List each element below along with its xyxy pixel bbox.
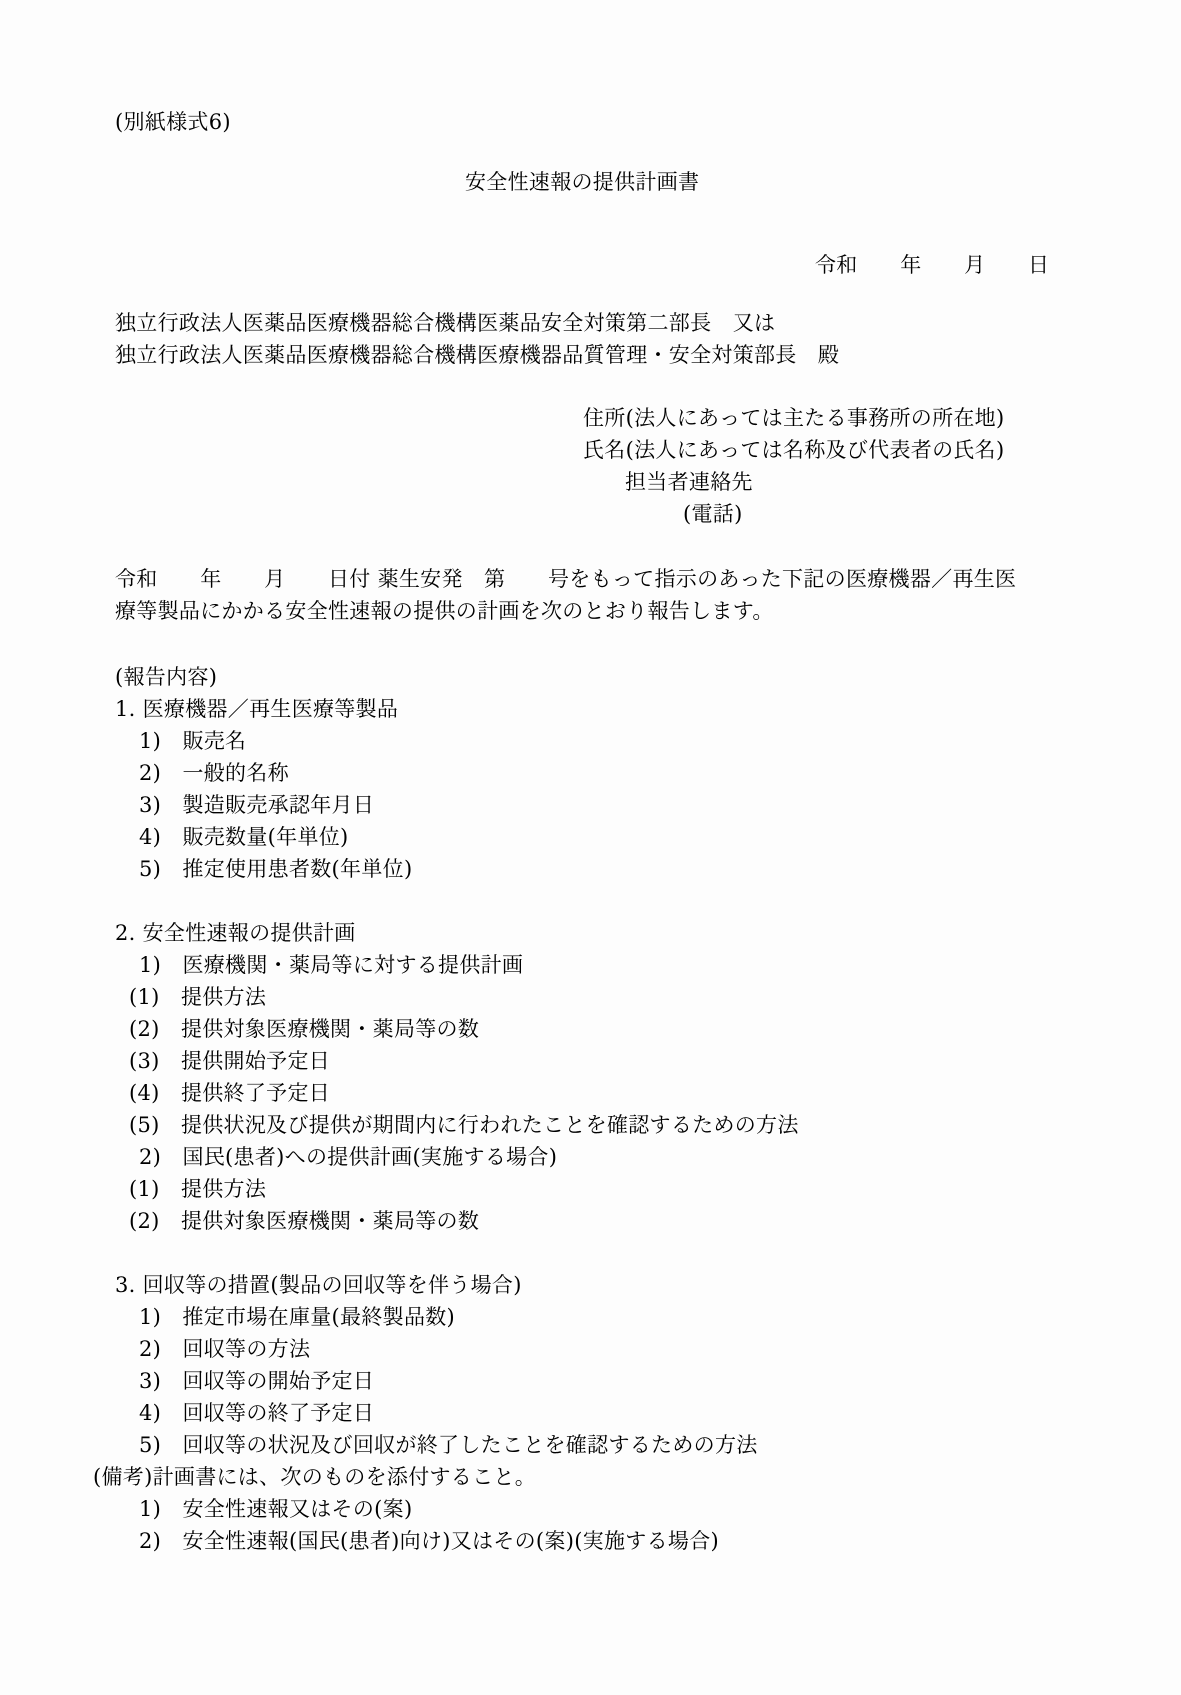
note-line: (備考)計画書には、次のものを添付すること。 <box>93 1461 1121 1493</box>
report-item: (5) 提供状況及び提供が期間内に行われたことを確認するための方法 <box>115 1109 1121 1141</box>
report-item: 1) 推定市場在庫量(最終製品数) <box>115 1301 1121 1333</box>
report-item: (4) 提供終了予定日 <box>115 1077 1121 1109</box>
submitter-contact-label: 担当者連絡先 <box>115 466 1121 498</box>
report-content-label: (報告内容) <box>115 661 1121 693</box>
submitter-phone-label: (電話) <box>115 498 1121 530</box>
note-items: 1) 安全性速報又はその(案)2) 安全性速報(国民(患者)向け)又はその(案)… <box>115 1493 1121 1557</box>
report-item: 3) 回収等の開始予定日 <box>115 1365 1121 1397</box>
form-number: (別紙様式6) <box>115 106 1121 138</box>
report-item: 4) 販売数量(年単位) <box>115 821 1121 853</box>
addressee-line-1: 独立行政法人医薬品医療機器総合機構医薬品安全対策第二部長 又は <box>115 307 1121 339</box>
note-item: 2) 安全性速報(国民(患者)向け)又はその(案)(実施する場合) <box>115 1525 1121 1557</box>
addressee-block: 独立行政法人医薬品医療機器総合機構医薬品安全対策第二部長 又は 独立行政法人医薬… <box>115 307 1121 371</box>
submitter-address-label: 住所(法人にあっては主たる事務所の所在地) <box>115 402 1121 434</box>
report-item: 5) 回収等の状況及び回収が終了したことを確認するための方法 <box>115 1429 1121 1461</box>
section-heading: 3. 回収等の措置(製品の回収等を伴う場合) <box>115 1269 1121 1301</box>
report-item: 2) 一般的名称 <box>115 757 1121 789</box>
note-label: (備考) <box>93 1465 153 1489</box>
report-content-sections: 1. 医療機器／再生医療等製品1) 販売名2) 一般的名称3) 製造販売承認年月… <box>115 693 1121 1461</box>
section-heading: 1. 医療機器／再生医療等製品 <box>115 693 1121 725</box>
body-paragraph: 令和 年 月 日付 薬生安発 第 号をもって指示のあった下記の医療機器／再生医 … <box>115 563 1121 627</box>
report-item: (1) 提供方法 <box>115 981 1121 1013</box>
date-line: 令和 年 月 日 <box>115 249 1121 281</box>
report-item: 1) 医療機関・薬局等に対する提供計画 <box>115 949 1121 981</box>
section-heading: 2. 安全性速報の提供計画 <box>115 917 1121 949</box>
note-item: 1) 安全性速報又はその(案) <box>115 1493 1121 1525</box>
body-paragraph-line-1: 令和 年 月 日付 薬生安発 第 号をもって指示のあった下記の医療機器／再生医 <box>115 563 1121 595</box>
submitter-block: 住所(法人にあっては主たる事務所の所在地) 氏名(法人にあっては名称及び代表者の… <box>115 402 1121 530</box>
document-page: (別紙様式6) 安全性速報の提供計画書 令和 年 月 日 独立行政法人医薬品医療… <box>0 0 1181 1695</box>
report-item: (2) 提供対象医療機関・薬局等の数 <box>115 1205 1121 1237</box>
report-item: 4) 回収等の終了予定日 <box>115 1397 1121 1429</box>
report-item: 5) 推定使用患者数(年単位) <box>115 853 1121 885</box>
submitter-name-label: 氏名(法人にあっては名称及び代表者の氏名) <box>115 434 1121 466</box>
note-text: 計画書には、次のものを添付すること。 <box>153 1465 536 1489</box>
report-item: 2) 回収等の方法 <box>115 1333 1121 1365</box>
report-item: 1) 販売名 <box>115 725 1121 757</box>
report-item: (3) 提供開始予定日 <box>115 1045 1121 1077</box>
report-item: (2) 提供対象医療機関・薬局等の数 <box>115 1013 1121 1045</box>
report-item: 3) 製造販売承認年月日 <box>115 789 1121 821</box>
addressee-line-2: 独立行政法人医薬品医療機器総合機構医療機器品質管理・安全対策部長 殿 <box>115 339 1121 371</box>
report-item: 2) 国民(患者)への提供計画(実施する場合) <box>115 1141 1121 1173</box>
page-title: 安全性速報の提供計画書 <box>115 166 1121 198</box>
body-paragraph-line-2: 療等製品にかかる安全性速報の提供の計画を次のとおり報告します。 <box>115 595 1121 627</box>
report-item: (1) 提供方法 <box>115 1173 1121 1205</box>
